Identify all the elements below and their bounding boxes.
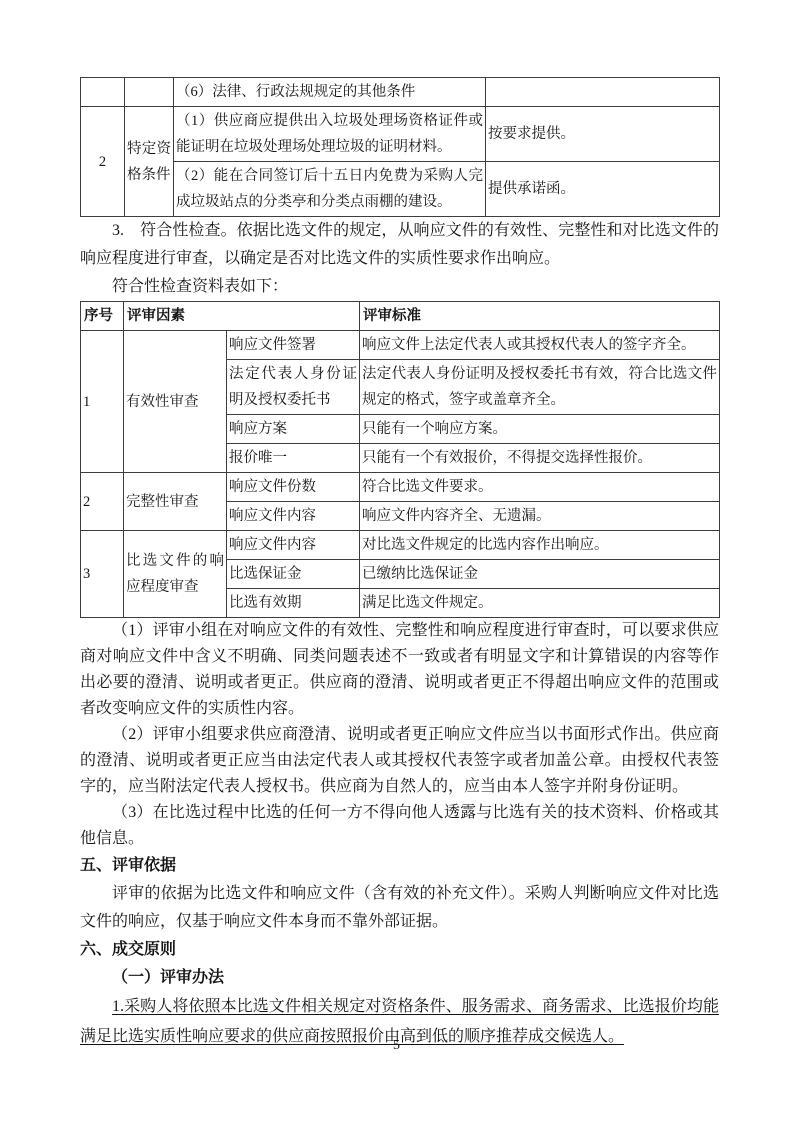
requirement-cell xyxy=(486,78,720,107)
standard-cell: 响应文件上法定代表人或其授权代表人的签字齐全。 xyxy=(360,331,720,360)
serial-cell: 3 xyxy=(81,531,124,618)
header-standard: 评审标准 xyxy=(360,302,720,331)
factor-cell: 响应方案 xyxy=(227,415,360,444)
standard-cell: 符合比选文件要求。 xyxy=(360,473,720,502)
compliance-table-label: 符合性检查资料表如下： xyxy=(80,273,719,301)
page-number: 5 xyxy=(0,1038,793,1054)
serial-cell: 1 xyxy=(81,331,124,473)
compliance-check-intro: 3. 符合性检查。依据比选文件的规定，从响应文件的有效性、完整性和对比选文件的响… xyxy=(80,217,719,273)
qualification-row-carryover: （6）法律、行政法规规定的其他条件 xyxy=(81,78,720,107)
factor-cell: 响应文件内容 xyxy=(227,502,360,531)
category-cell: 比选文件的响应程度审查 xyxy=(124,531,227,618)
factor-cell: 比选有效期 xyxy=(227,589,360,618)
standard-cell: 只能有一个有效报价，不得提交选择性报价。 xyxy=(360,444,720,473)
serial-cell: 2 xyxy=(81,473,124,531)
page-content: （6）法律、行政法规规定的其他条件 2 特定资格条件 （1）供应商应提供出入垃圾… xyxy=(80,77,719,1052)
document-page: （6）法律、行政法规规定的其他条件 2 特定资格条件 （1）供应商应提供出入垃圾… xyxy=(0,0,793,1122)
factor-cell: 报价唯一 xyxy=(227,444,360,473)
section5-body: 评审的依据为比选文件和响应文件（含有效的补充文件）。采购人判断响应文件对比选文件… xyxy=(80,880,719,936)
compliance-row: 3 比选文件的响应程度审查 响应文件内容 对比选文件规定的比选内容作出响应。 xyxy=(81,531,720,560)
note-1: （1）评审小组在对响应文件的有效性、完整性和响应程度进行审查时，可以要求供应商对… xyxy=(80,618,719,722)
condition-cell: （1）供应商应提供出入垃圾处理场资格证件或能证明在垃圾处理场处理垃圾的证明材料。 xyxy=(174,107,486,162)
factor-cell: 响应文件内容 xyxy=(227,531,360,560)
standard-cell: 满足比选文件规定。 xyxy=(360,589,720,618)
compliance-row: 1 有效性审查 响应文件签署 响应文件上法定代表人或其授权代表人的签字齐全。 xyxy=(81,331,720,360)
header-serial: 序号 xyxy=(81,302,124,331)
requirement-cell: 提供承诺函。 xyxy=(486,162,720,217)
serial-cell xyxy=(81,78,125,107)
category-cell: 完整性审查 xyxy=(124,473,227,531)
qualification-row: （2）能在合同签订后十五日内免费为采购人完成垃圾站点的分类亭和分类点雨棚的建设。… xyxy=(81,162,720,217)
compliance-row: 2 完整性审查 响应文件份数 符合比选文件要求。 xyxy=(81,473,720,502)
serial-cell: 2 xyxy=(81,107,125,217)
category-cell: 有效性审查 xyxy=(124,331,227,473)
standard-cell: 对比选文件规定的比选内容作出响应。 xyxy=(360,531,720,560)
condition-cell: （6）法律、行政法规规定的其他条件 xyxy=(174,78,486,107)
qualification-row: 2 特定资格条件 （1）供应商应提供出入垃圾处理场资格证件或能证明在垃圾处理场处… xyxy=(81,107,720,162)
standard-cell: 已缴纳比选保证金 xyxy=(360,560,720,589)
standard-cell: 响应文件内容齐全、无遗漏。 xyxy=(360,502,720,531)
factor-cell: 比选保证金 xyxy=(227,560,360,589)
requirement-cell: 按要求提供。 xyxy=(486,107,720,162)
compliance-header-row: 序号 评审因素 评审标准 xyxy=(81,302,720,331)
compliance-table: 序号 评审因素 评审标准 1 有效性审查 响应文件签署 响应文件上法定代表人或其… xyxy=(80,301,720,618)
category-cell xyxy=(125,78,174,107)
standard-cell: 只能有一个响应方案。 xyxy=(360,415,720,444)
section6-subheading: （一）评审办法 xyxy=(80,964,719,992)
qualification-table: （6）法律、行政法规规定的其他条件 2 特定资格条件 （1）供应商应提供出入垃圾… xyxy=(80,77,720,217)
factor-cell: 响应文件份数 xyxy=(227,473,360,502)
standard-cell: 法定代表人身份证明及授权委托书有效，符合比选文件规定的格式，签字或盖章齐全。 xyxy=(360,360,720,415)
factor-cell: 响应文件签署 xyxy=(227,331,360,360)
header-factor: 评审因素 xyxy=(124,302,360,331)
category-cell: 特定资格条件 xyxy=(125,107,174,217)
note-2: （2）评审小组要求供应商澄清、说明或者更正响应文件应当以书面形式作出。供应商的澄… xyxy=(80,722,719,800)
factor-cell: 法定代表人身份证明及授权委托书 xyxy=(227,360,360,415)
note-3: （3）在比选过程中比选的任何一方不得向他人透露与比选有关的技术资料、价格或其他信… xyxy=(80,800,719,852)
section5-heading: 五、评审依据 xyxy=(80,852,719,880)
condition-cell: （2）能在合同签订后十五日内免费为采购人完成垃圾站点的分类亭和分类点雨棚的建设。 xyxy=(174,162,486,217)
section6-heading: 六、成交原则 xyxy=(80,936,719,964)
